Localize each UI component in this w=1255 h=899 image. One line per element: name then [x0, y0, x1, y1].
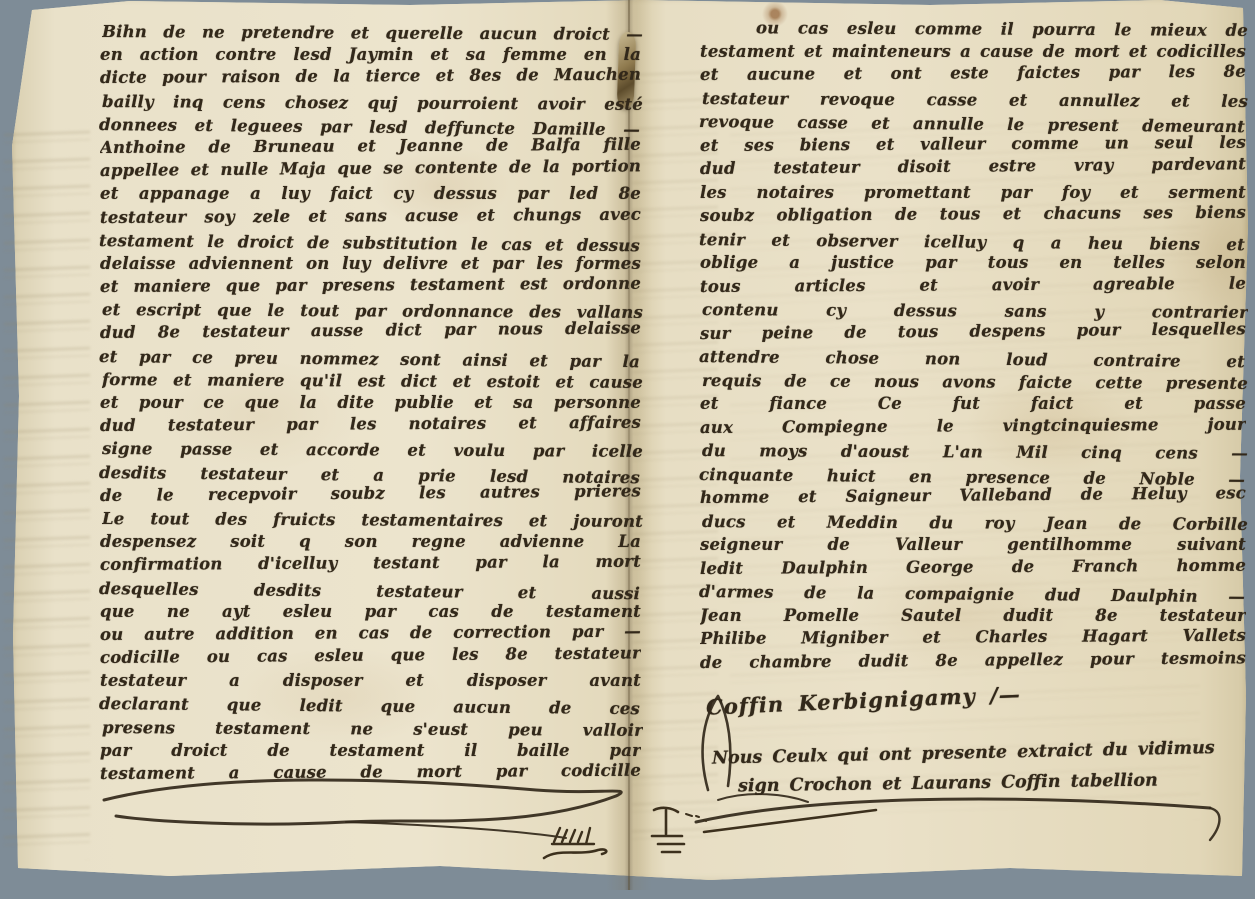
manuscript-line: aux Compiegne le vingtcinquiesme jour	[700, 412, 1246, 439]
manuscript-line: dud testateur par les notaires et affair…	[100, 411, 641, 437]
left-page-text: Bihn de ne pretendre et querelle aucun d…	[100, 20, 641, 792]
scanned-manuscript-photo: Bihn de ne pretendre et querelle aucun d…	[0, 0, 1255, 899]
closing-attestation: Nous Ceulx qui ont presente extraict du …	[712, 738, 1248, 798]
manuscript-line: desquelles desdits testateur et aussi	[99, 576, 640, 604]
manuscript-line: codicille ou cas esleu que les 8e testat…	[100, 641, 641, 669]
manuscript-line: testateur soy zele et sans acuse et chun…	[100, 202, 641, 228]
manuscript-line: signe passe et accorde et voulu par icel…	[102, 437, 643, 463]
manuscript-line: Bihn de ne pretendre et querelle aucun d…	[102, 20, 643, 46]
manuscript-line: tenir et observer icelluy q a heu biens …	[699, 227, 1245, 256]
manuscript-line: bailly inq cens chosez quj pourroient av…	[102, 90, 643, 116]
manuscript-line: testateur a disposer et disposer avant	[100, 669, 641, 692]
manuscript-line: Le tout des fruicts testamentaires et jo…	[102, 507, 643, 533]
manuscript-line: et fiance Ce fut faict et passe	[700, 392, 1246, 416]
manuscript-line: dicte pour raison de la tierce et 8es de…	[100, 63, 641, 89]
manuscript-line: ou cas esleu comme il pourra le mieux de	[702, 16, 1248, 42]
manuscript-line: soubz obligation de tous et chacuns ses …	[700, 201, 1246, 228]
manuscript-line: sign Crochon et Laurans Coffin tabellion	[712, 764, 1248, 801]
right-page-text: ou cas esleu comme il pourra le mieux de…	[700, 16, 1246, 676]
manuscript-line: dud testateur disoit estre vray pardevan…	[700, 152, 1246, 180]
manuscript-line: et appanage a luy faict cy dessus par le…	[100, 182, 641, 205]
manuscript-line: homme et Saigneur Valleband de Heluy esc	[700, 481, 1246, 509]
manuscript-line: testament le droict de substitution le c…	[99, 229, 640, 257]
manuscript-line: de chambre dudit 8e appellez pour tesmoi…	[700, 646, 1246, 674]
manuscript-line: forme et maniere qu'il est dict et estoi…	[102, 368, 643, 394]
manuscript-line: appellee et nulle Maja que se contente d…	[100, 154, 641, 182]
manuscript-line: confirmation d'icelluy testant par la mo…	[100, 550, 641, 576]
manuscript-line: et maniere que par presens testament est…	[100, 272, 641, 298]
manuscript-line: dud 8e testateur ausse dict par nous del…	[100, 317, 641, 345]
manuscript-line: du moys d'aoust L'an Mil cinq cens —	[702, 439, 1248, 465]
manuscript-line: seigneur de Valleur gentilhomme suivant	[700, 533, 1246, 557]
manuscript-line: sur peine de tous despens pour lesquelle…	[700, 317, 1246, 345]
manuscript-line: testament a cause de mort par codicille	[100, 759, 641, 785]
manuscript-line: de le recepvoir soubz les autres prieres	[100, 479, 641, 507]
manuscript-line: ducs et Meddin du roy Jean de Corbille	[702, 510, 1248, 536]
manuscript-line: et aucune et ont este faictes par les 8e	[700, 60, 1246, 87]
manuscript-line: tous articles et avoir agreable le	[700, 271, 1246, 298]
manuscript-line: testateur revoque casse et annullez et l…	[702, 87, 1248, 113]
manuscript-line: presens testament ne s'eust peu valloir	[102, 716, 643, 742]
manuscript-line: requis de ce nous avons faicte cette pre…	[702, 369, 1248, 395]
manuscript-line: ledit Daulphin George de Franch homme	[700, 553, 1246, 580]
